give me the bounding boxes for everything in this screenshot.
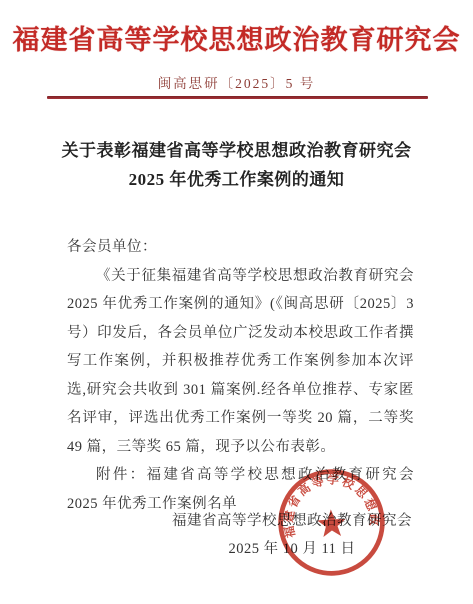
seal-star-icon xyxy=(317,509,347,538)
document-number: 闽高思研〔2025〕5 号 xyxy=(0,72,473,92)
header-divider-rule xyxy=(47,96,428,99)
document-page: 福建省高等学校思想政治教育研究会 闽高思研〔2025〕5 号 关于表彰福建省高等… xyxy=(0,0,473,604)
body-paragraph: 《关于征集福建省高等学校思想政治教育研究会 2025 年优秀工作案例的通知》(《… xyxy=(67,262,414,462)
salutation-line: 各会员单位： xyxy=(67,233,414,262)
document-title-line2: 2025 年优秀工作案例的通知 xyxy=(0,165,473,194)
official-seal-stamp: 福建省高等学校思想政治教育研究会 xyxy=(272,463,391,582)
document-title: 关于表彰福建省高等学校思想政治教育研究会 2025 年优秀工作案例的通知 xyxy=(0,136,473,194)
document-title-line1: 关于表彰福建省高等学校思想政治教育研究会 xyxy=(0,136,473,165)
letterhead-org-name: 福建省高等学校思想政治教育研究会 xyxy=(0,18,473,57)
